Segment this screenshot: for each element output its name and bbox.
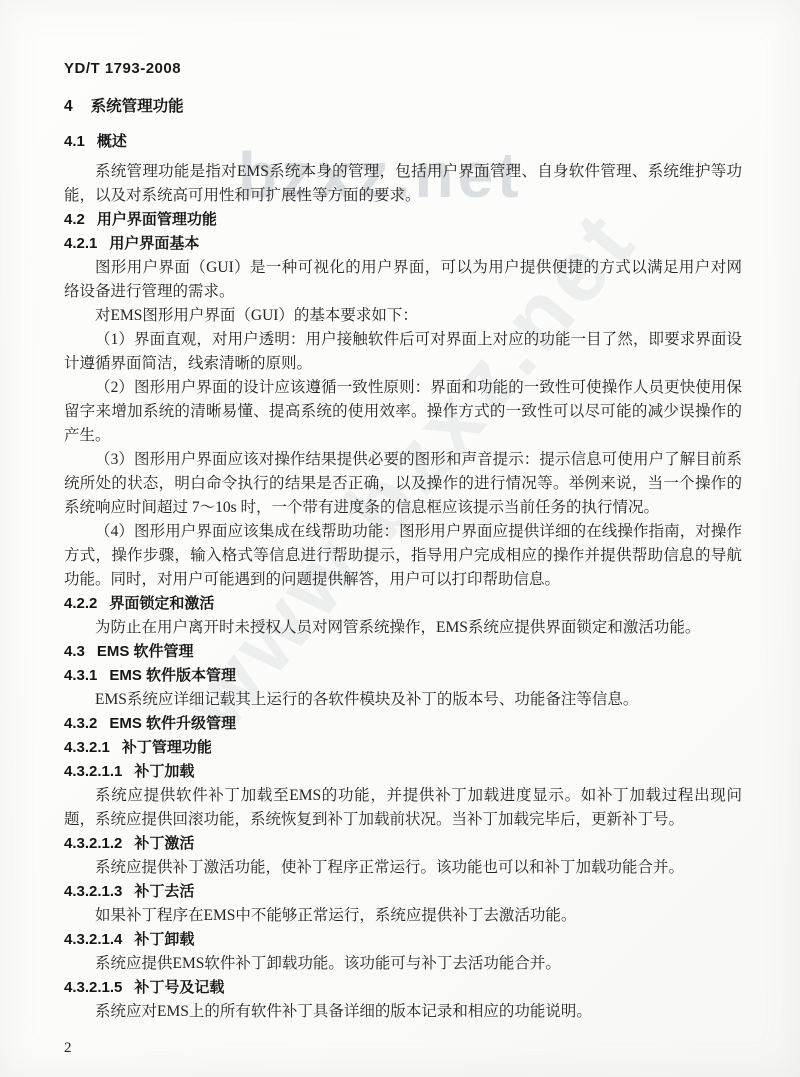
para-requirement-2: （2）图形用户界面的设计应该遵循一致性原则：界面和功能的一致性可使操作人员更快使…: [64, 376, 742, 448]
heading-title: EMS 软件升级管理: [109, 715, 236, 732]
heading-number: 4.3.2.1.5: [64, 976, 122, 1000]
heading-4-2: 4.2用户界面管理功能: [64, 208, 742, 232]
heading-4-3-2-1: 4.3.2.1补丁管理功能: [64, 736, 742, 760]
para-lock-activate: 为防止在用户离开时未授权人员对网管系统操作，EMS系统应提供界面锁定和激活功能。: [64, 616, 742, 640]
heading-4-3: 4.3EMS 软件管理: [64, 640, 742, 664]
heading-4-3-1: 4.3.1EMS 软件版本管理: [64, 664, 742, 688]
heading-title: EMS 软件版本管理: [109, 667, 236, 684]
heading-title: 补丁管理功能: [122, 739, 212, 756]
heading-title: 用户界面基本: [109, 235, 199, 252]
para-requirement-1: （1）界面直观，对用户透明：用户接触软件后可对界面上对应的功能一目了然，即要求界…: [64, 328, 742, 376]
para-version-management: EMS系统应详细记载其上运行的各软件模块及补丁的版本号、功能备注等信息。: [64, 688, 742, 712]
heading-title: 用户界面管理功能: [97, 211, 217, 228]
heading-number: 4.3.2.1.1: [64, 760, 122, 784]
heading-title: 概述: [97, 133, 127, 150]
heading-title: 补丁号及记载: [134, 979, 224, 996]
para-gui-requirements-lead: 对EMS图形用户界面（GUI）的基本要求如下：: [64, 304, 742, 328]
para-patch-deactivate: 如果补丁程序在EMS中不能够正常运行，系统应提供补丁去激活功能。: [64, 904, 742, 928]
heading-number: 4.3.2.1.2: [64, 832, 122, 856]
heading-4-3-2-1-3: 4.3.2.1.3补丁去活: [64, 880, 742, 904]
heading-number: 4.3.2.1.4: [64, 928, 122, 952]
heading-number: 4.2.1: [64, 232, 97, 256]
heading-title: 界面锁定和激活: [109, 595, 214, 612]
heading-4: 4系统管理功能: [64, 95, 742, 119]
heading-title: 补丁加载: [134, 763, 194, 780]
heading-number: 4.3.2: [64, 712, 97, 736]
page-number: 2: [64, 1038, 742, 1058]
heading-4-2-2: 4.2.2界面锁定和激活: [64, 592, 742, 616]
heading-4-3-2-1-1: 4.3.2.1.1补丁加载: [64, 760, 742, 784]
heading-title: 补丁去活: [134, 883, 194, 900]
para-patch-uninstall: 系统应提供EMS软件补丁卸载功能。该功能可与补丁去活功能合并。: [64, 952, 742, 976]
heading-number: 4.3.2.1: [64, 736, 110, 760]
heading-4-3-2-1-5: 4.3.2.1.5补丁号及记载: [64, 976, 742, 1000]
heading-4-2-1: 4.2.1用户界面基本: [64, 232, 742, 256]
para-gui-intro: 图形用户界面（GUI）是一种可视化的用户界面，可以为用户提供便捷的方式以满足用户…: [64, 256, 742, 304]
heading-number: 4.3.1: [64, 664, 97, 688]
heading-number: 4.2: [64, 208, 85, 232]
para-overview: 系统管理功能是指对EMS系统本身的管理，包括用户界面管理、自身软件管理、系统维护…: [64, 160, 742, 208]
heading-number: 4.3.2.1.3: [64, 880, 122, 904]
heading-number: 4: [64, 95, 73, 119]
heading-title: 系统管理功能: [91, 98, 184, 115]
standard-number-header: YD/T 1793-2008: [64, 60, 742, 78]
document-content: YD/T 1793-2008 4系统管理功能 4.1概述 系统管理功能是指对EM…: [0, 0, 800, 1058]
heading-4-1: 4.1概述: [64, 130, 742, 154]
para-patch-load: 系统应提供软件补丁加载至EMS的功能，并提供补丁加载进度显示。如补丁加载过程出现…: [64, 784, 742, 832]
heading-title: 补丁激活: [134, 835, 194, 852]
scanned-document-page: bzxz.net www.bzxz.net YD/T 1793-2008 4系统…: [0, 0, 800, 1077]
heading-number: 4.1: [64, 130, 85, 154]
para-patch-record: 系统应对EMS上的所有软件补丁具备详细的版本记录和相应的功能说明。: [64, 1000, 742, 1024]
heading-4-3-2-1-4: 4.3.2.1.4补丁卸载: [64, 928, 742, 952]
para-requirement-3: （3）图形用户界面应该对操作结果提供必要的图形和声音提示：提示信息可使用户了解目…: [64, 448, 742, 520]
heading-4-3-2: 4.3.2EMS 软件升级管理: [64, 712, 742, 736]
heading-number: 4.3: [64, 640, 85, 664]
heading-number: 4.2.2: [64, 592, 97, 616]
heading-title: EMS 软件管理: [97, 643, 194, 660]
para-requirement-4: （4）图形用户界面应该集成在线帮助功能：图形用户界面应提供详细的在线操作指南，对…: [64, 520, 742, 592]
para-patch-activate: 系统应提供补丁激活功能，使补丁程序正常运行。该功能也可以和补丁加载功能合并。: [64, 856, 742, 880]
heading-4-3-2-1-2: 4.3.2.1.2补丁激活: [64, 832, 742, 856]
heading-title: 补丁卸载: [134, 931, 194, 948]
